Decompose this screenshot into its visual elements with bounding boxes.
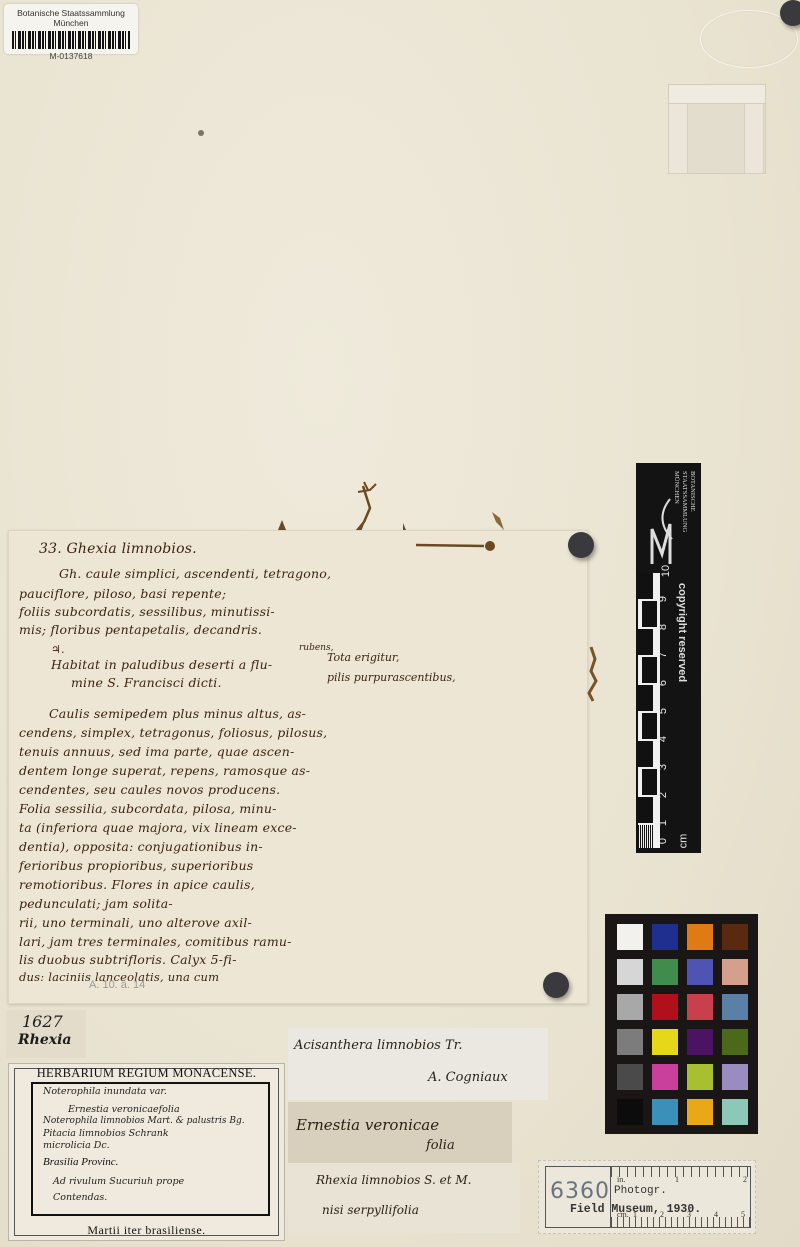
determination-name: Rhexia limnobios S. et M.	[316, 1173, 471, 1187]
manuscript-line: mine S. Francisci dicti.	[71, 675, 222, 690]
manuscript-description: 33. Ghexia limnobios. Gh. caule simplici…	[8, 530, 588, 1004]
plant-stem-fragment-icon	[414, 539, 504, 551]
logo-line: BOTANISCHE	[689, 471, 696, 512]
manuscript-line: Caulis semipedem plus minus altus, as-	[49, 706, 306, 721]
determination-name-cont: folia	[426, 1138, 455, 1153]
color-swatch	[617, 959, 643, 985]
herbarium-label: HERBARIUM REGIUM MONACENSE. Noterophila …	[8, 1063, 285, 1241]
herbarium-footer: Martii iter brasiliense.	[9, 1223, 284, 1238]
packet-side-left	[668, 102, 688, 174]
tick-label: 0	[657, 838, 669, 844]
color-swatch	[687, 994, 713, 1020]
tick-label: 1	[657, 820, 669, 826]
manuscript-line: ta (inferiora quae majora, vix lineam ex…	[19, 820, 297, 835]
manuscript-line: ferioribus propioribus, superioribus	[19, 858, 253, 873]
determination-label-ernestia: Ernestia veronicae folia	[288, 1102, 512, 1164]
color-swatch	[722, 1064, 748, 1090]
manuscript-line: cendens, simplex, tetragonus, foliosus, …	[19, 725, 327, 740]
copyright-text: copyright reserved	[676, 583, 688, 682]
barcode	[12, 31, 130, 49]
genus-number: 1627	[22, 1012, 63, 1031]
province-label: Brasilia Provinc.	[43, 1156, 118, 1168]
color-swatch	[722, 1099, 748, 1125]
manuscript-line: lis duobus subtrifloris. Calyx 5-fi-	[19, 952, 237, 967]
color-swatch	[687, 959, 713, 985]
manuscript-line: remotioribus. Flores in apice caulis,	[19, 877, 255, 892]
genus-name: Rhexia	[18, 1032, 71, 1048]
manuscript-line: ♃.	[51, 643, 65, 656]
color-swatch	[687, 1064, 713, 1090]
tick-label: 2	[743, 1175, 747, 1184]
manuscript-heading: 33. Ghexia limnobios.	[39, 541, 197, 557]
locality-line: Ad rivulum Sucuriuh prope	[53, 1176, 184, 1187]
manuscript-line: pauciflore, piloso, basi repente;	[19, 586, 226, 601]
color-swatch	[617, 1099, 643, 1125]
pin-icon	[780, 0, 800, 26]
label-content: Noterophila inundata var. Ernestia veron…	[31, 1082, 270, 1216]
determination-name: Ernestia veronicae	[296, 1116, 439, 1134]
tick-label: 5	[741, 1210, 745, 1219]
color-swatch	[617, 1029, 643, 1055]
manuscript-line: Habitat in paludibus deserti a flu-	[51, 657, 272, 672]
tick-label: 2	[657, 792, 669, 798]
specimen-id: M-0137618	[4, 51, 138, 61]
manuscript-line: dentia), opposita: conjugationibus in-	[19, 839, 263, 854]
unit-inch: in.	[617, 1175, 625, 1184]
manuscript-line: cendentes, seu caules novos producens.	[19, 782, 280, 797]
manuscript-line: mis; floribus pentapetalis, decandris.	[19, 622, 262, 637]
color-swatch	[722, 924, 748, 950]
plant-specimen-icon	[260, 478, 520, 538]
locality-line: Contendas.	[53, 1192, 107, 1203]
color-swatch	[652, 1099, 678, 1125]
determination-label-rhexia: Rhexia limnobios S. et M. nisi serpyllif…	[288, 1163, 520, 1233]
label-line: Noterophila inundata var.	[43, 1086, 167, 1097]
plant-fragment-icon	[585, 645, 601, 705]
color-swatch	[617, 924, 643, 950]
manuscript-line: tenuis annuus, sed ima parte, quae ascen…	[19, 744, 294, 759]
color-swatch	[722, 994, 748, 1020]
color-swatch	[687, 924, 713, 950]
label-line: Noterophila limnobios Mart. & palustris …	[43, 1116, 245, 1126]
institution-name: Botanische Staatssammlung München	[4, 8, 138, 28]
color-swatch	[652, 959, 678, 985]
label-line: Pitacia limnobios Schrank	[43, 1128, 169, 1139]
color-swatch	[722, 1029, 748, 1055]
tick-label: 10	[660, 565, 672, 577]
herbarium-title: HERBARIUM REGIUM MONACENSE.	[9, 1066, 284, 1081]
bsm-logo-text: BOTANISCHE STAATSSAMMLUNG MÜNCHEN	[672, 471, 696, 532]
determination-label-cogniaux: Acisanthera limnobios Tr. A. Cogniaux	[288, 1028, 548, 1100]
tick-label: 3	[657, 764, 669, 770]
scale-bar: BOTANISCHE STAATSSAMMLUNG MÜNCHEN 10 9 8…	[636, 463, 701, 853]
packet-flap	[668, 84, 766, 104]
tick-label: 7	[657, 652, 669, 658]
logo-line: MÜNCHEN	[673, 471, 680, 504]
manuscript-line: Gh. caule simplici, ascendenti, tetragon…	[59, 566, 331, 581]
tick-label: 6	[657, 680, 669, 686]
barcode-label: Botanische Staatssammlung München M-0137…	[4, 4, 138, 54]
tick-label: 5	[657, 708, 669, 714]
manuscript-line: dentem longe superat, repens, ramosque a…	[19, 763, 310, 778]
tick-label: 9	[657, 596, 669, 602]
scale-ticks: 10 9 8 7 6 5 4 3 2 1 0	[658, 563, 674, 853]
manuscript-line: lari, jam tres terminales, comitibus ram…	[19, 934, 292, 949]
pencil-note: A. 10. a. 14	[89, 979, 145, 991]
color-swatch	[652, 994, 678, 1020]
spot	[198, 130, 204, 136]
color-swatch	[652, 1029, 678, 1055]
pin-icon	[543, 972, 569, 998]
manuscript-line: rii, uno terminali, uno alterove axil-	[19, 915, 252, 930]
color-swatch	[617, 994, 643, 1020]
color-swatch	[652, 924, 678, 950]
pin-icon	[568, 532, 594, 558]
logo-line: STAATSSAMMLUNG	[681, 471, 688, 532]
color-swatch	[687, 1029, 713, 1055]
color-swatch	[617, 1064, 643, 1090]
field-museum-photo-label: in. 1 2 cm. 1 2 3 4 5 6360 Photogr. Fiel…	[538, 1160, 756, 1234]
determination-note: nisi serpyllifolia	[322, 1203, 419, 1217]
determination-name: Acisanthera limnobios Tr.	[294, 1038, 463, 1053]
scale-unit: cm	[677, 834, 689, 849]
color-calibration-chart	[605, 914, 758, 1134]
photo-text: Photogr.	[614, 1185, 667, 1197]
label-line: microlicia Dc.	[43, 1140, 110, 1151]
herbarium-sheet: Botanische Staatssammlung München M-0137…	[0, 0, 800, 1247]
label-line: Ernestia veronicaefolia	[68, 1104, 180, 1115]
manuscript-line: pedunculati; jam solita-	[19, 896, 173, 911]
genus-number-label: 1627 Rhexia	[6, 1010, 86, 1058]
tick-label: 4	[657, 736, 669, 742]
tick-label: 8	[657, 624, 669, 630]
margin-note: Tota erigitur,	[327, 651, 399, 664]
manuscript-line: foliis subcordatis, sessilibus, minutiss…	[19, 604, 275, 619]
color-swatch	[722, 959, 748, 985]
color-swatch	[687, 1099, 713, 1125]
tick-label: 1	[675, 1175, 679, 1184]
manuscript-line: Folia sessilia, subcordata, pilosa, minu…	[19, 801, 277, 816]
determiner-name: A. Cogniaux	[428, 1070, 508, 1085]
photo-number: 6360	[550, 1179, 610, 1204]
tick-label: 4	[714, 1210, 718, 1219]
color-swatch	[652, 1064, 678, 1090]
museum-text: Field Museum, 1930.	[570, 1203, 701, 1216]
margin-note: pilis purpurascentibus,	[327, 671, 456, 684]
packet-side-right	[744, 102, 764, 174]
